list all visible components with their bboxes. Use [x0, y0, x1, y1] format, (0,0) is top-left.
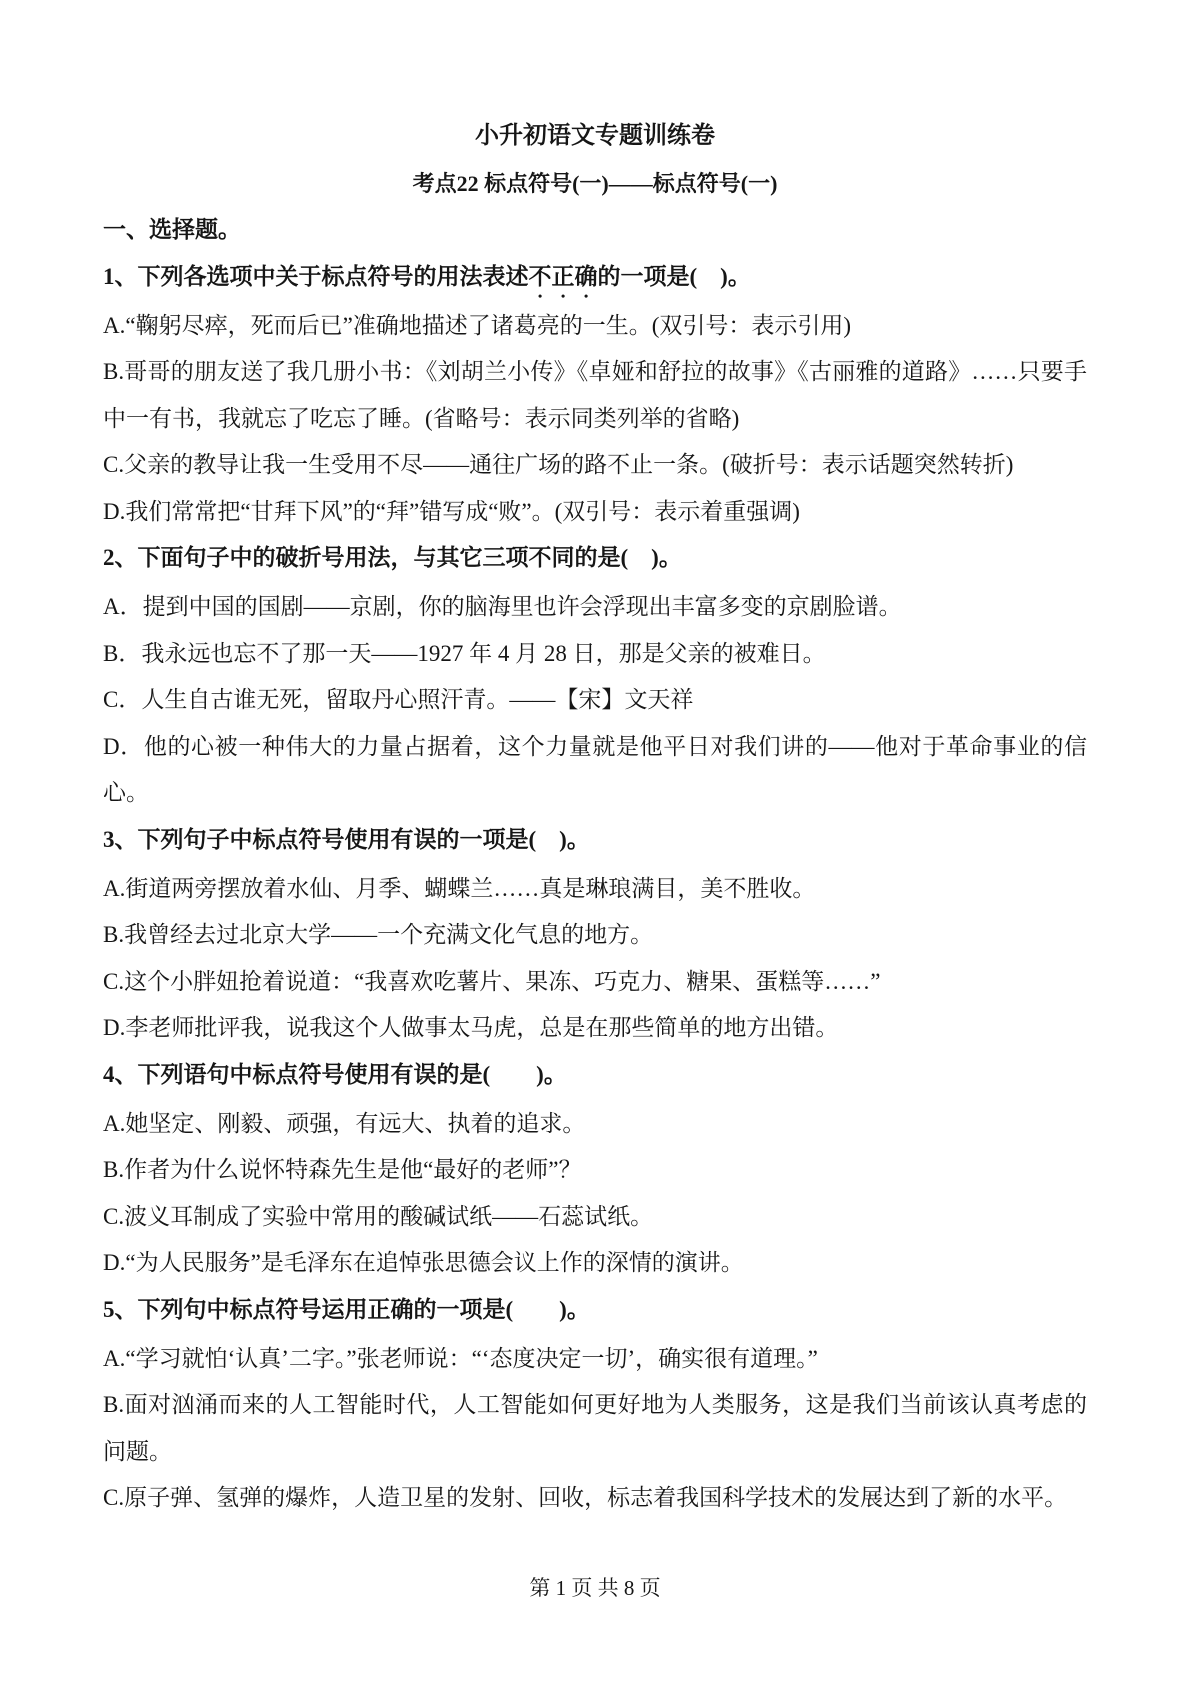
option-line: B.作者为什么说怀特森先生是他“最好的老师”？ — [103, 1147, 1087, 1194]
question-1: 1、下列各选项中关于标点符号的用法表述不正确的一项是( )。 A.“鞠躬尽瘁，死… — [103, 254, 1087, 536]
page-footer: 第 1 页 共 8 页 — [0, 1572, 1190, 1604]
option-line: B.哥哥的朋友送了我几册小书：《刘胡兰小传》《卓娅和舒拉的故事》《古丽雅的道路》… — [103, 349, 1087, 442]
option-line: C．人生自古谁无死，留取丹心照汗青。——【宋】文天祥 — [103, 677, 1087, 724]
question-4: 4、下列语句中标点符号使用有误的是( )。 A.她坚定、刚毅、顽强，有远大、执着… — [103, 1052, 1087, 1287]
exam-page: 小升初语文专题训练卷 考点22 标点符号(一)——标点符号(一) 一、选择题。 … — [0, 0, 1190, 1682]
question-stem: 3、下列句子中标点符号使用有误的一项是( )。 — [103, 817, 1087, 866]
stem-text: 3、下列句子中标点符号使用有误的一项是( )。 — [103, 827, 590, 852]
question-stem: 2、下面句子中的破折号用法，与其它三项不同的是( )。 — [103, 535, 1087, 584]
stem-emphasized-text: 不正确 — [529, 264, 598, 289]
option-line: A.“学习就怕‘认真’二字。”张老师说：“‘态度决定一切’，确实很有道理。” — [103, 1336, 1087, 1383]
option-line: A．提到中国的国剧——京剧，你的脑海里也许会浮现出丰富多变的京剧脸谱。 — [103, 584, 1087, 631]
option-line: C.父亲的教导让我一生受用不尽——通往广场的路不止一条。(破折号：表示话题突然转… — [103, 442, 1087, 489]
page-subtitle: 考点22 标点符号(一)——标点符号(一) — [103, 160, 1087, 207]
question-5: 5、下列句中标点符号运用正确的一项是( )。 A.“学习就怕‘认真’二字。”张老… — [103, 1287, 1087, 1522]
option-line: D.李老师批评我，说我这个人做事太马虎，总是在那些简单的地方出错。 — [103, 1005, 1087, 1052]
stem-text: 的一项是( )。 — [598, 264, 751, 289]
stem-text: 1、下列各选项中关于标点符号的用法表述 — [103, 264, 529, 289]
option-line: D.“为人民服务”是毛泽东在追悼张思德会议上作的深情的演讲。 — [103, 1240, 1087, 1287]
question-stem: 5、下列句中标点符号运用正确的一项是( )。 — [103, 1287, 1087, 1336]
stem-text: 2、下面句子中的破折号用法，与其它三项不同的是( )。 — [103, 545, 682, 570]
question-stem: 1、下列各选项中关于标点符号的用法表述不正确的一项是( )。 — [103, 254, 1087, 303]
question-3: 3、下列句子中标点符号使用有误的一项是( )。 A.街道两旁摆放着水仙、月季、蝴… — [103, 817, 1087, 1052]
option-line: B.面对汹涌而来的人工智能时代，人工智能如何更好地为人类服务，这是我们当前该认真… — [103, 1382, 1087, 1475]
question-stem: 4、下列语句中标点符号使用有误的是( )。 — [103, 1052, 1087, 1101]
exam-body: 一、选择题。 1、下列各选项中关于标点符号的用法表述不正确的一项是( )。 A.… — [103, 207, 1087, 1522]
option-line: C.原子弹、氢弹的爆炸，人造卫星的发射、回收，标志着我国科学技术的发展达到了新的… — [103, 1475, 1087, 1522]
option-line: D.我们常常把“甘拜下风”的“拜”错写成“败”。(双引号：表示着重强调) — [103, 489, 1087, 536]
option-line: A.街道两旁摆放着水仙、月季、蝴蝶兰……真是琳琅满目，美不胜收。 — [103, 866, 1087, 913]
option-line: B．我永远也忘不了那一天——1927 年 4 月 28 日，那是父亲的被难日。 — [103, 631, 1087, 678]
option-line: A.她坚定、刚毅、顽强，有远大、执着的追求。 — [103, 1101, 1087, 1148]
section-heading: 一、选择题。 — [103, 207, 1087, 254]
page-title: 小升初语文专题训练卷 — [103, 113, 1087, 160]
option-line: C.这个小胖妞抢着说道：“我喜欢吃薯片、果冻、巧克力、糖果、蛋糕等……” — [103, 959, 1087, 1006]
stem-text: 5、下列句中标点符号运用正确的一项是( )。 — [103, 1297, 590, 1322]
stem-text: 4、下列语句中标点符号使用有误的是( )。 — [103, 1062, 567, 1087]
option-line: B.我曾经去过北京大学——一个充满文化气息的地方。 — [103, 912, 1087, 959]
option-line: D．他的心被一种伟大的力量占据着，这个力量就是他平日对我们讲的——他对于革命事业… — [103, 724, 1087, 817]
question-2: 2、下面句子中的破折号用法，与其它三项不同的是( )。 A．提到中国的国剧——京… — [103, 535, 1087, 817]
option-line: C.波义耳制成了实验中常用的酸碱试纸——石蕊试纸。 — [103, 1194, 1087, 1241]
option-line: A.“鞠躬尽瘁，死而后已”准确地描述了诸葛亮的一生。(双引号：表示引用) — [103, 303, 1087, 350]
